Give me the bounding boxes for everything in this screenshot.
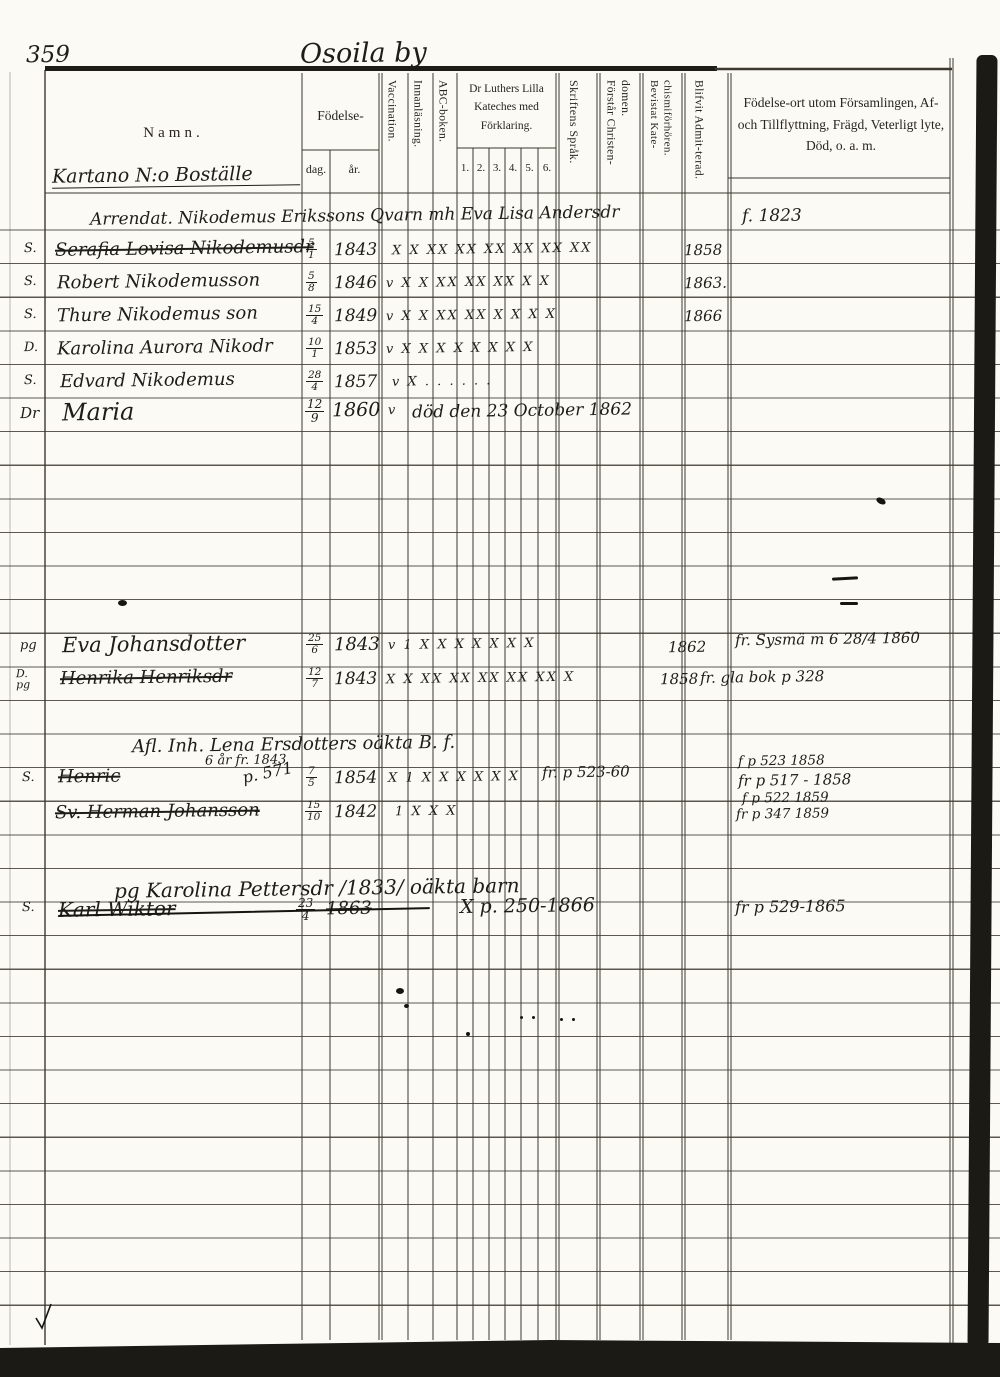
row-birth-year: 1849 [334,306,378,327]
row-reference-note: fr. p 523-60 [542,762,630,781]
row-marks: X X XX XX XX XX XX X [386,670,575,688]
row-marks: v X X XX XX X X X X [386,307,557,324]
row-birth-year: 1857 [334,372,378,393]
row-label: S. [24,307,37,322]
row-marks: v X X XX XX XX X X [386,274,551,291]
ink-smudge [840,602,858,605]
frac-bottom: 9 [311,412,319,425]
row-birth-day: 75 [306,766,317,789]
header-skriftens-sprak: Skriftens Språk. [566,80,581,194]
row-name: Karolina Aurora Nikodr [57,335,273,359]
header-dag: dag. [302,162,330,177]
row-birth-year: 1843 [334,240,378,261]
row-marks: X 1 X X X X X X [388,769,520,786]
frac-bottom: 4 [311,316,318,327]
ink-smudge [520,1016,523,1019]
page-title: Osoila by [300,37,427,70]
ink-smudge [396,988,404,994]
frac-bottom: 1 [311,349,318,360]
header-luther: Dr Luthers Lilla Kateches med Förklaring… [458,80,555,135]
frac-top: 12 [305,398,324,412]
row-birth-year: 1853 [334,339,378,360]
row-name: Sv. Herman Johansson [55,800,260,824]
header-luther-col-2: 2. [473,162,489,174]
row-name: Maria [62,397,135,426]
ink-smudge [118,600,127,606]
row-birth-year: 1842 [334,802,378,823]
row-birth-day: 101 [306,337,323,360]
subheading-village: Kartano N:o Boställe [52,162,300,188]
row-migration-note: fr. gla bok p 328 [700,667,824,687]
row-name: Edvard Nikodemus [60,369,235,392]
header-innanlasning: Innanläsning. [410,80,424,192]
page-number: 359 [26,42,70,69]
margin-reference-note: f p 523 1858 [738,752,825,769]
ink-smudge [404,1004,409,1008]
row-birth-year: 1860 [332,399,381,422]
row-birth-year: 1846 [334,273,378,294]
row-admitted-year: 1862 [668,638,706,657]
row-marks: v X . . . . . . [392,373,493,389]
scanned-parish-register-page: 359 Osoila by Namn. Födelse- dag. år. Va… [0,0,1000,1377]
margin-reference-note: fr p 529-1865 [735,896,846,917]
row-label: D. [24,340,38,355]
header-ar: år. [330,162,379,177]
frac-bottom: 10 [307,812,320,823]
row-name: Henrika Henriksdr [60,666,233,689]
frac-bottom: 4 [311,382,318,393]
row-birth-day: 284 [306,370,323,393]
header-luther-col-6: 6. [538,162,556,174]
row-admitted-year: 1858 [684,241,722,260]
row-label: D. pg [16,668,44,690]
row-reference-note: X p. 250-1866 [460,894,595,918]
row-marks: X X XX XX XX XX XX XX [392,241,593,259]
margin-reference-note: f p 522 1859 [742,789,829,806]
header-luther-col-5: 5. [521,162,538,174]
row-birth-day: 127 [306,667,323,690]
header-bevistat-katechismiforhoren: Bevistat Kate-chismiförhören. [646,80,674,196]
row-birth-day: 154 [306,304,323,327]
row-birth-year: 1854 [334,768,378,789]
row-label: Dr [20,404,39,422]
frac-bottom: 7 [311,679,318,690]
header-namn: Namn. [45,125,302,142]
header-luther-col-3: 3. [489,162,505,174]
frac-bottom: 8 [308,283,315,294]
row-death-note: död den 23 October 1862 [412,399,632,422]
row-birth-day: 1510 [305,800,322,823]
header-abc-boken: ABC-boken. [435,80,449,192]
row-admitted-year: 1863. [684,274,727,293]
row-marks: v 1 X X X X X X X [388,636,536,653]
row-birth-day: 58 [306,271,317,294]
row-label: S. [22,900,35,915]
row-birth-day: 256 [306,633,323,656]
row-name: Karl Wiktor [58,896,176,922]
row-label: S. [24,373,37,388]
row-birth-year: 1843 [334,634,380,656]
header-vaccination: Vaccination. [384,80,398,192]
row-marks: 1 X X X [395,804,458,820]
row-name: Thure Nikodemus son [57,303,258,327]
row-marks: v X X X X X X X X [386,340,535,357]
row-name: Robert Nikodemusson [57,270,260,294]
row-name: Henric [58,766,121,788]
frac-bottom: 5 [308,778,315,789]
row-marks: v [388,403,398,418]
frac-bottom: 1 [308,250,315,261]
frac-bottom: 6 [311,645,318,656]
header-blifvit-admitterad: Blifvit Admit-terad. [691,80,705,194]
margin-reference-note: fr p 517 - 1858 [738,770,852,790]
ink-smudge [466,1032,470,1036]
row-birth-day: 51 [306,238,317,261]
row-label: pg [20,638,37,653]
row-label: S. [24,241,37,256]
row-migration-note: fr. Sysmä m 6 28/4 1860 [735,629,920,650]
header-luther-col-4: 4. [505,162,521,174]
header-fodelse: Födelse- [302,108,379,124]
row-admitted-year: 1866 [684,307,722,326]
frac-bottom: 4 [302,910,310,922]
row-name: Serafia Lovisa Nikodemusdr [55,236,314,261]
family-head-birth: f. 1823 [742,206,802,227]
row-birth-year: 1843 [334,669,378,690]
header-forstar-christendomen: Förstår Christen-domen. [603,80,632,194]
row-admitted-year: 1858 [660,670,698,689]
header-luther-col-1: 1. [457,162,473,174]
header-fodelseort: Födelse-ort utom Församlingen, Af- och T… [734,92,948,157]
row-name: Eva Johansdotter [62,631,246,658]
row-label: S. [24,274,37,289]
row-birth-day: 129 [305,398,324,425]
margin-reference-note: fr p 347 1859 [736,805,829,822]
row-label: S. [22,770,35,785]
